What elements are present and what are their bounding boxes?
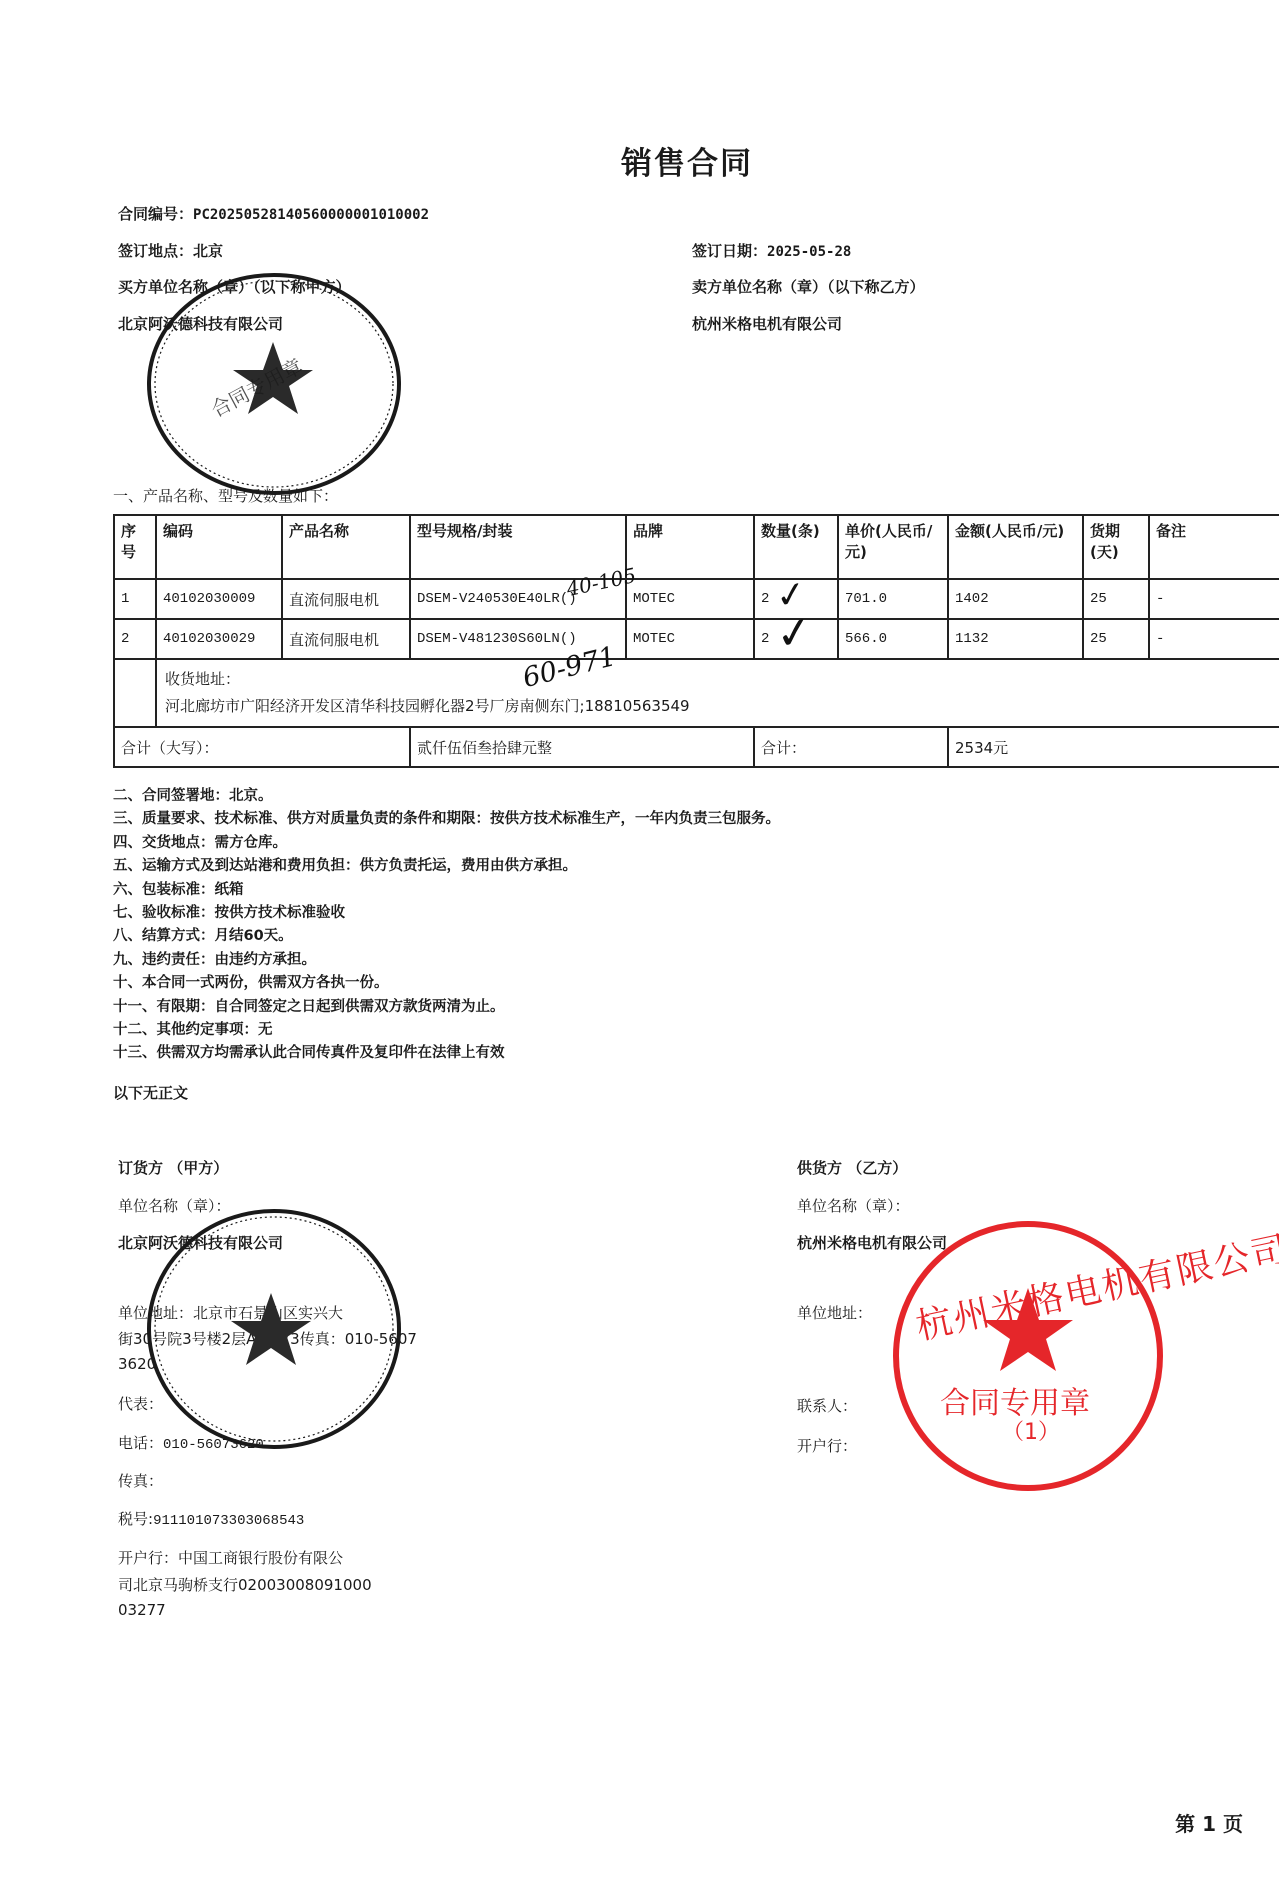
clause: 十三、供需双方均需承认此合同传真件及复印件在法律上有效 bbox=[113, 1042, 780, 1065]
col-header: 单价(人民币/元) bbox=[838, 515, 948, 579]
clause: 四、交货地点：需方仓库。 bbox=[113, 832, 780, 855]
col-header: 编码 bbox=[156, 515, 282, 579]
products-heading: 一、产品名称、型号及数量如下： bbox=[113, 485, 338, 506]
page-number: 第 1 页 bbox=[1175, 1808, 1243, 1837]
party-a-heading: 订货方 （甲方） bbox=[118, 1157, 228, 1178]
party-a-unit-label: 单位名称（章）： bbox=[118, 1195, 231, 1216]
col-header: 数量(条) bbox=[754, 515, 838, 579]
party-a-address-line3: 3620 bbox=[118, 1355, 156, 1373]
party-b-heading: 供货方 （乙方） bbox=[797, 1157, 907, 1178]
ship-address: 河北廊坊市广阳经济开发区清华科技园孵化器2号厂房南侧东门;18810563549 bbox=[165, 693, 1273, 720]
clause: 八、结算方式：月结60天。 bbox=[113, 925, 780, 948]
party-a-unit-name: 北京阿沃德科技有限公司 bbox=[118, 1232, 283, 1253]
clause: 三、质量要求、技术标准、供方对质量负责的条件和期限：按供方技术标准生产，一年内负… bbox=[113, 808, 780, 831]
party-a-address: 单位地址：北京市石景山区实兴大 bbox=[118, 1302, 343, 1323]
party-a-bank-line2: 司北京马驹桥支行02003008091000 bbox=[118, 1574, 372, 1595]
party-a-phone: 电话：010-56073620 bbox=[118, 1432, 264, 1453]
seller-name: 杭州米格电机有限公司 bbox=[692, 313, 842, 334]
col-header: 金额(人民币/元) bbox=[948, 515, 1083, 579]
contract-number: 合同编号：PC20250528140560000001010002 bbox=[118, 203, 429, 224]
contract-clauses: 二、合同签署地：北京。 三、质量要求、技术标准、供方对质量负责的条件和期限：按供… bbox=[113, 785, 780, 1066]
clause: 五、运输方式及到达站港和费用负担：供方负责托运，费用由供方承担。 bbox=[113, 855, 780, 878]
table-row: 1 40102030009 直流伺服电机 DSEM-V240530E40LR()… bbox=[114, 579, 1279, 619]
total-amount: 2534元 bbox=[948, 727, 1279, 767]
sign-place: 签订地点：北京 bbox=[118, 240, 223, 261]
document-title: 销售合同 bbox=[0, 138, 1279, 183]
party-b-bank-label: 开户行： bbox=[797, 1435, 857, 1456]
total-row: 合计（大写）： 贰仟伍佰叁拾肆元整 合计： 2534元 bbox=[114, 727, 1279, 767]
party-b-contact-label: 联系人： bbox=[797, 1395, 857, 1416]
total-upper-label: 合计（大写）： bbox=[114, 727, 410, 767]
clause: 七、验收标准：按供方技术标准验收 bbox=[113, 902, 780, 925]
party-a-rep: 代表： bbox=[118, 1393, 163, 1414]
col-header: 品牌 bbox=[626, 515, 754, 579]
clause: 九、违约责任：由违约方承担。 bbox=[113, 949, 780, 972]
col-header: 产品名称 bbox=[282, 515, 410, 579]
clause: 十二、其他约定事项：无 bbox=[113, 1019, 780, 1042]
party-a-fax: 传真： bbox=[118, 1470, 163, 1491]
buyer-name: 北京阿沃德科技有限公司 bbox=[118, 313, 283, 334]
total-upper: 贰仟伍佰叁拾肆元整 bbox=[410, 727, 754, 767]
party-b-address-label: 单位地址： bbox=[797, 1302, 872, 1323]
total-label: 合计： bbox=[754, 727, 948, 767]
party-a-address-line2: 街30号院3号楼2层A-0773传真：010-5607 bbox=[118, 1328, 417, 1349]
party-a-bank: 开户行：中国工商银行股份有限公 bbox=[118, 1547, 343, 1568]
party-a-tax: 税号:911101073303068543 bbox=[118, 1508, 304, 1529]
ship-address-label: 收货地址： bbox=[165, 666, 1273, 693]
table-header-row: 序号 编码 产品名称 型号规格/封装 品牌 数量(条) 单价(人民币/元) 金额… bbox=[114, 515, 1279, 579]
products-table: 序号 编码 产品名称 型号规格/封装 品牌 数量(条) 单价(人民币/元) 金额… bbox=[113, 514, 1279, 768]
clause: 二、合同签署地：北京。 bbox=[113, 785, 780, 808]
ship-address-row: 收货地址： 河北廊坊市广阳经济开发区清华科技园孵化器2号厂房南侧东门;18810… bbox=[114, 659, 1279, 727]
table-row: 2 40102030029 直流伺服电机 DSEM-V481230S60LN()… bbox=[114, 619, 1279, 659]
col-header: 货期(天) bbox=[1083, 515, 1149, 579]
col-header: 备注 bbox=[1149, 515, 1279, 579]
seller-label: 卖方单位名称（章）（以下称乙方） bbox=[692, 276, 925, 297]
end-note: 以下无正文 bbox=[113, 1082, 188, 1103]
buyer-seal-purpose: 合同专用章 bbox=[205, 350, 307, 423]
clause: 六、包装标准：纸箱 bbox=[113, 879, 780, 902]
sign-date: 签订日期：2025-05-28 bbox=[692, 240, 851, 261]
col-header: 型号规格/封装 bbox=[410, 515, 626, 579]
buyer-label: 买方单位名称（章）（以下称甲方） bbox=[118, 276, 351, 297]
col-header: 序号 bbox=[114, 515, 156, 579]
party-b-unit-name: 杭州米格电机有限公司 bbox=[797, 1232, 947, 1253]
party-b-unit-label: 单位名称（章）： bbox=[797, 1195, 910, 1216]
party-a-bank-line3: 03277 bbox=[118, 1601, 166, 1619]
clause: 十一、有限期：自合同签定之日起到供需双方款货两清为止。 bbox=[113, 996, 780, 1019]
seller-seal-sub: （1） bbox=[1002, 1415, 1060, 1446]
checkmark-icon: ✓ bbox=[773, 610, 816, 659]
clause: 十、本合同一式两份，供需双方各执一份。 bbox=[113, 972, 780, 995]
seller-seal-company: 杭州米格电机有限公司 bbox=[911, 1221, 1279, 1350]
